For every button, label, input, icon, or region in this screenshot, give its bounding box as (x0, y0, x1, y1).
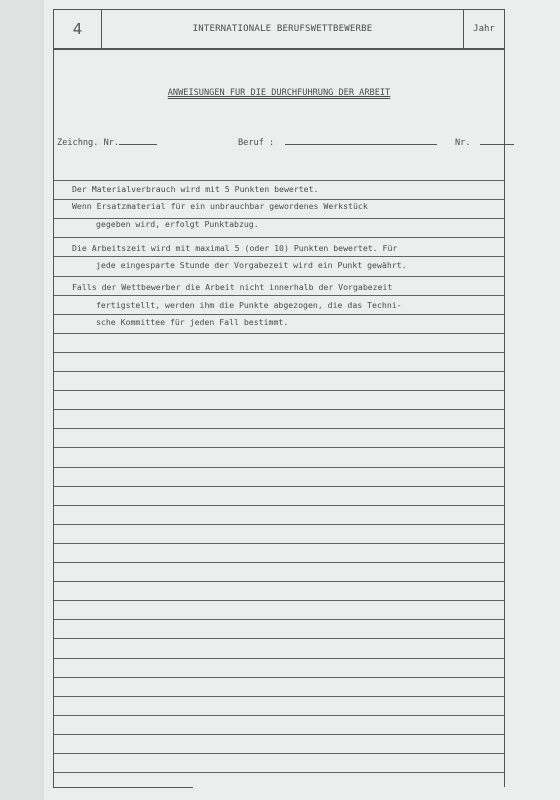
ruled-line (54, 734, 504, 735)
ruled-line (54, 486, 504, 487)
instruction-line: Falls der Wettbewerber die Arbeit nicht … (72, 282, 392, 292)
instruction-line: sche Kommittee für jeden Fall bestimmt. (96, 317, 288, 327)
ruled-line (54, 371, 504, 372)
bottom-border (53, 787, 193, 788)
ruled-line (54, 543, 504, 544)
ruled-line (54, 276, 504, 277)
ruled-line (54, 753, 504, 754)
ruled-line (54, 715, 504, 716)
ruled-line (54, 295, 504, 296)
ruled-line (54, 619, 504, 620)
instruction-line: gegeben wird, erfolgt Punktabzug. (96, 219, 259, 229)
ruled-line (54, 199, 504, 200)
ruled-line (54, 237, 504, 238)
instruction-line: jede eingesparte Stunde der Vorgabezeit … (96, 260, 407, 270)
ruled-line (54, 409, 504, 410)
ruled-line (54, 333, 504, 334)
ruled-line (54, 352, 504, 353)
ruled-line (54, 600, 504, 601)
ruled-line (54, 524, 504, 525)
instruction-line: Die Arbeitszeit wird mit maximal 5 (oder… (72, 243, 397, 253)
ruled-line (54, 581, 504, 582)
instruction-line: fertigstellt, werden ihm die Punkte abge… (96, 300, 402, 310)
ruled-line (54, 677, 504, 678)
ruled-lines (54, 10, 504, 787)
ruled-line (54, 467, 504, 468)
ruled-line (54, 772, 504, 773)
instruction-line: Wenn Ersatzmaterial für ein unbrauchbar … (72, 201, 368, 211)
ruled-line (54, 658, 504, 659)
ruled-line (54, 562, 504, 563)
ruled-line (54, 314, 504, 315)
ruled-line (54, 696, 504, 697)
ruled-line (54, 447, 504, 448)
ruled-line (54, 180, 504, 181)
instruction-line: Der Materialverbrauch wird mit 5 Punkten… (72, 184, 318, 194)
page-background (0, 0, 44, 800)
ruled-line (54, 428, 504, 429)
ruled-line (54, 390, 504, 391)
form-sheet: 4 INTERNATIONALE BERUFSWETTBEWERBE Jahr … (53, 9, 505, 787)
ruled-line (54, 505, 504, 506)
ruled-line (54, 638, 504, 639)
ruled-line (54, 256, 504, 257)
